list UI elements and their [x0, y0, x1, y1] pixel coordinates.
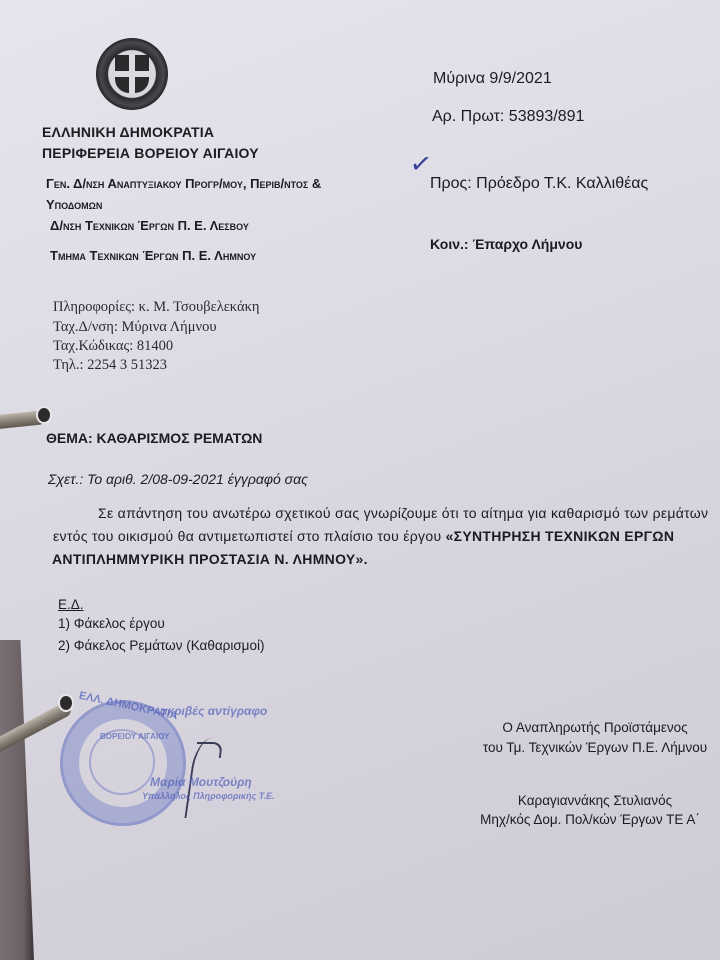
- stamp-inner-text: ΒΟΡΕΙΟΥ ΑΙΓΑΙΟΥ: [100, 732, 169, 741]
- body-line-2: εντός του οικισμού θα αντιμετωπιστεί στο…: [53, 528, 674, 544]
- signatory-name: Καραγιαννάκης Στυλιανός: [470, 793, 720, 808]
- binder-ring-end: [58, 694, 74, 712]
- directorate: Δ/νση Τεχνικων Έργων Π. Ε. Λεσβου: [50, 218, 249, 233]
- coat-of-arms-icon: [96, 38, 168, 110]
- certified-copy-text: ακριβές αντίγραφο: [160, 704, 267, 718]
- reference-line: Σχετ.: Το αριθ. 2/08-09-2021 έγγραφό σας: [48, 471, 308, 487]
- cross-shield-icon: [115, 55, 149, 93]
- general-directorate-line1: Γεν. Δ/νση Αναπτυξιακου Προγρ/μου, Περιβ…: [46, 176, 321, 191]
- signatory-title: Μηχ/κός Δομ. Πολ/κών Έργων ΤΕ Α΄: [455, 812, 720, 827]
- binder-ring-end: [36, 406, 52, 424]
- project-title-start: «ΣΥΝΤΗΡΗΣΗ ΤΕΧΝΙΚΩΝ ΕΡΓΩΝ: [446, 528, 675, 544]
- region-name: ΠΕΡΙΦΕΡΕΙΑ ΒΟΡΕΙΟΥ ΑΙΓΑΙΟΥ: [42, 145, 259, 161]
- contact-phone: Τηλ.: 2254 3 51323: [53, 357, 167, 374]
- body-line-2-text: εντός του οικισμού θα αντιμετωπιστεί στο…: [53, 528, 446, 544]
- body-line-1: Σε απάντηση του ανωτέρω σχετικού σας γνω…: [98, 505, 708, 521]
- contact-info: Πληροφορίες: κ. Μ. Τσουβελεκάκη: [53, 299, 259, 316]
- subject-line: ΘΕΜΑ: ΚΑΘΑΡΙΣΜΟΣ ΡΕΜΑΤΩΝ: [46, 430, 262, 446]
- signatory-role-line2: του Τμ. Τεχνικών Έργων Π.Ε. Λήμνου: [460, 740, 720, 755]
- distribution-item: 2) Φάκελος Ρεμάτων (Καθαρισμοί): [58, 638, 264, 653]
- project-title-end: ΑΝΤΙΠΛΗΜΜΥΡΙΚΗ ΠΡΟΣΤΑΣΙΑ Ν. ΛΗΜΝΟΥ».: [52, 551, 368, 567]
- recipient: Προς: Πρόεδρο Τ.Κ. Καλλιθέας: [430, 175, 648, 193]
- department: Τμημα Τεχνικων Έργων Π. Ε. Λημνου: [50, 248, 256, 263]
- country-name: ΕΛΛΗΝΙΚΗ ΔΗΜΟΚΡΑΤΙΑ: [42, 124, 214, 140]
- distribution-item: 1) Φάκελος έργου: [58, 616, 165, 631]
- carbon-copy: Κοιν.: Έπαρχο Λήμνου: [430, 236, 582, 252]
- general-directorate-line2: Υποδομων: [46, 197, 102, 212]
- contact-address: Ταχ.Δ/νση: Μύρινα Λήμνου: [53, 319, 217, 336]
- contact-postal-code: Ταχ.Κώδικας: 81400: [53, 338, 173, 355]
- certifier-name: Μαρία Μουτζούρη: [150, 775, 252, 789]
- place-date: Μύρινα 9/9/2021: [433, 70, 552, 88]
- checkmark-icon: ✓: [408, 147, 426, 179]
- internal-distribution-title: Ε.Δ.: [58, 597, 84, 612]
- certifier-title: Υπάλληλος Πληροφορικής Τ.Ε.: [142, 791, 275, 801]
- protocol-number: Αρ. Πρωτ: 53893/891: [432, 108, 584, 126]
- signatory-role-line1: Ο Αναπληρωτής Προϊστάμενος: [470, 720, 720, 735]
